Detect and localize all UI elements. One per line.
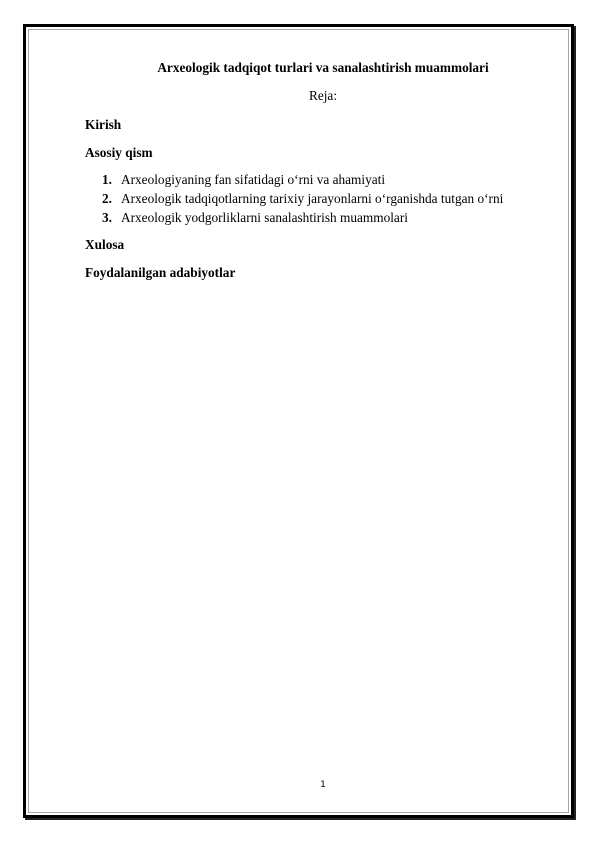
outline-item-number: 1. — [102, 170, 121, 189]
section-main: Asosiy qism — [85, 145, 153, 161]
document-title: Arxeologik tadqiqot turlari va sanalasht… — [0, 60, 596, 76]
section-conclusion: Xulosa — [85, 237, 124, 253]
page-border — [23, 24, 574, 818]
section-references: Foydalanilgan adabiyotlar — [85, 265, 235, 281]
outline-item: 2. Arxeologik tadqiqotlarning tarixiy ja… — [102, 189, 503, 208]
outline-item-number: 3. — [102, 208, 121, 227]
section-intro: Kirish — [85, 117, 121, 133]
page-number: 1 — [0, 780, 596, 791]
outline-item-text: Arxeologik tadqiqotlarning tarixiy jaray… — [121, 189, 503, 208]
outline-list: 1. Arxeologiyaning fan sifatidagi o‘rni … — [102, 170, 503, 227]
outline-item-text: Arxeologik yodgorliklarni sanalashtirish… — [121, 208, 408, 227]
outline-item-text: Arxeologiyaning fan sifatidagi o‘rni va … — [121, 170, 385, 189]
outline-item: 3. Arxeologik yodgorliklarni sanalashtir… — [102, 208, 503, 227]
plan-label: Reja: — [0, 88, 596, 104]
outline-item: 1. Arxeologiyaning fan sifatidagi o‘rni … — [102, 170, 503, 189]
outline-item-number: 2. — [102, 189, 121, 208]
